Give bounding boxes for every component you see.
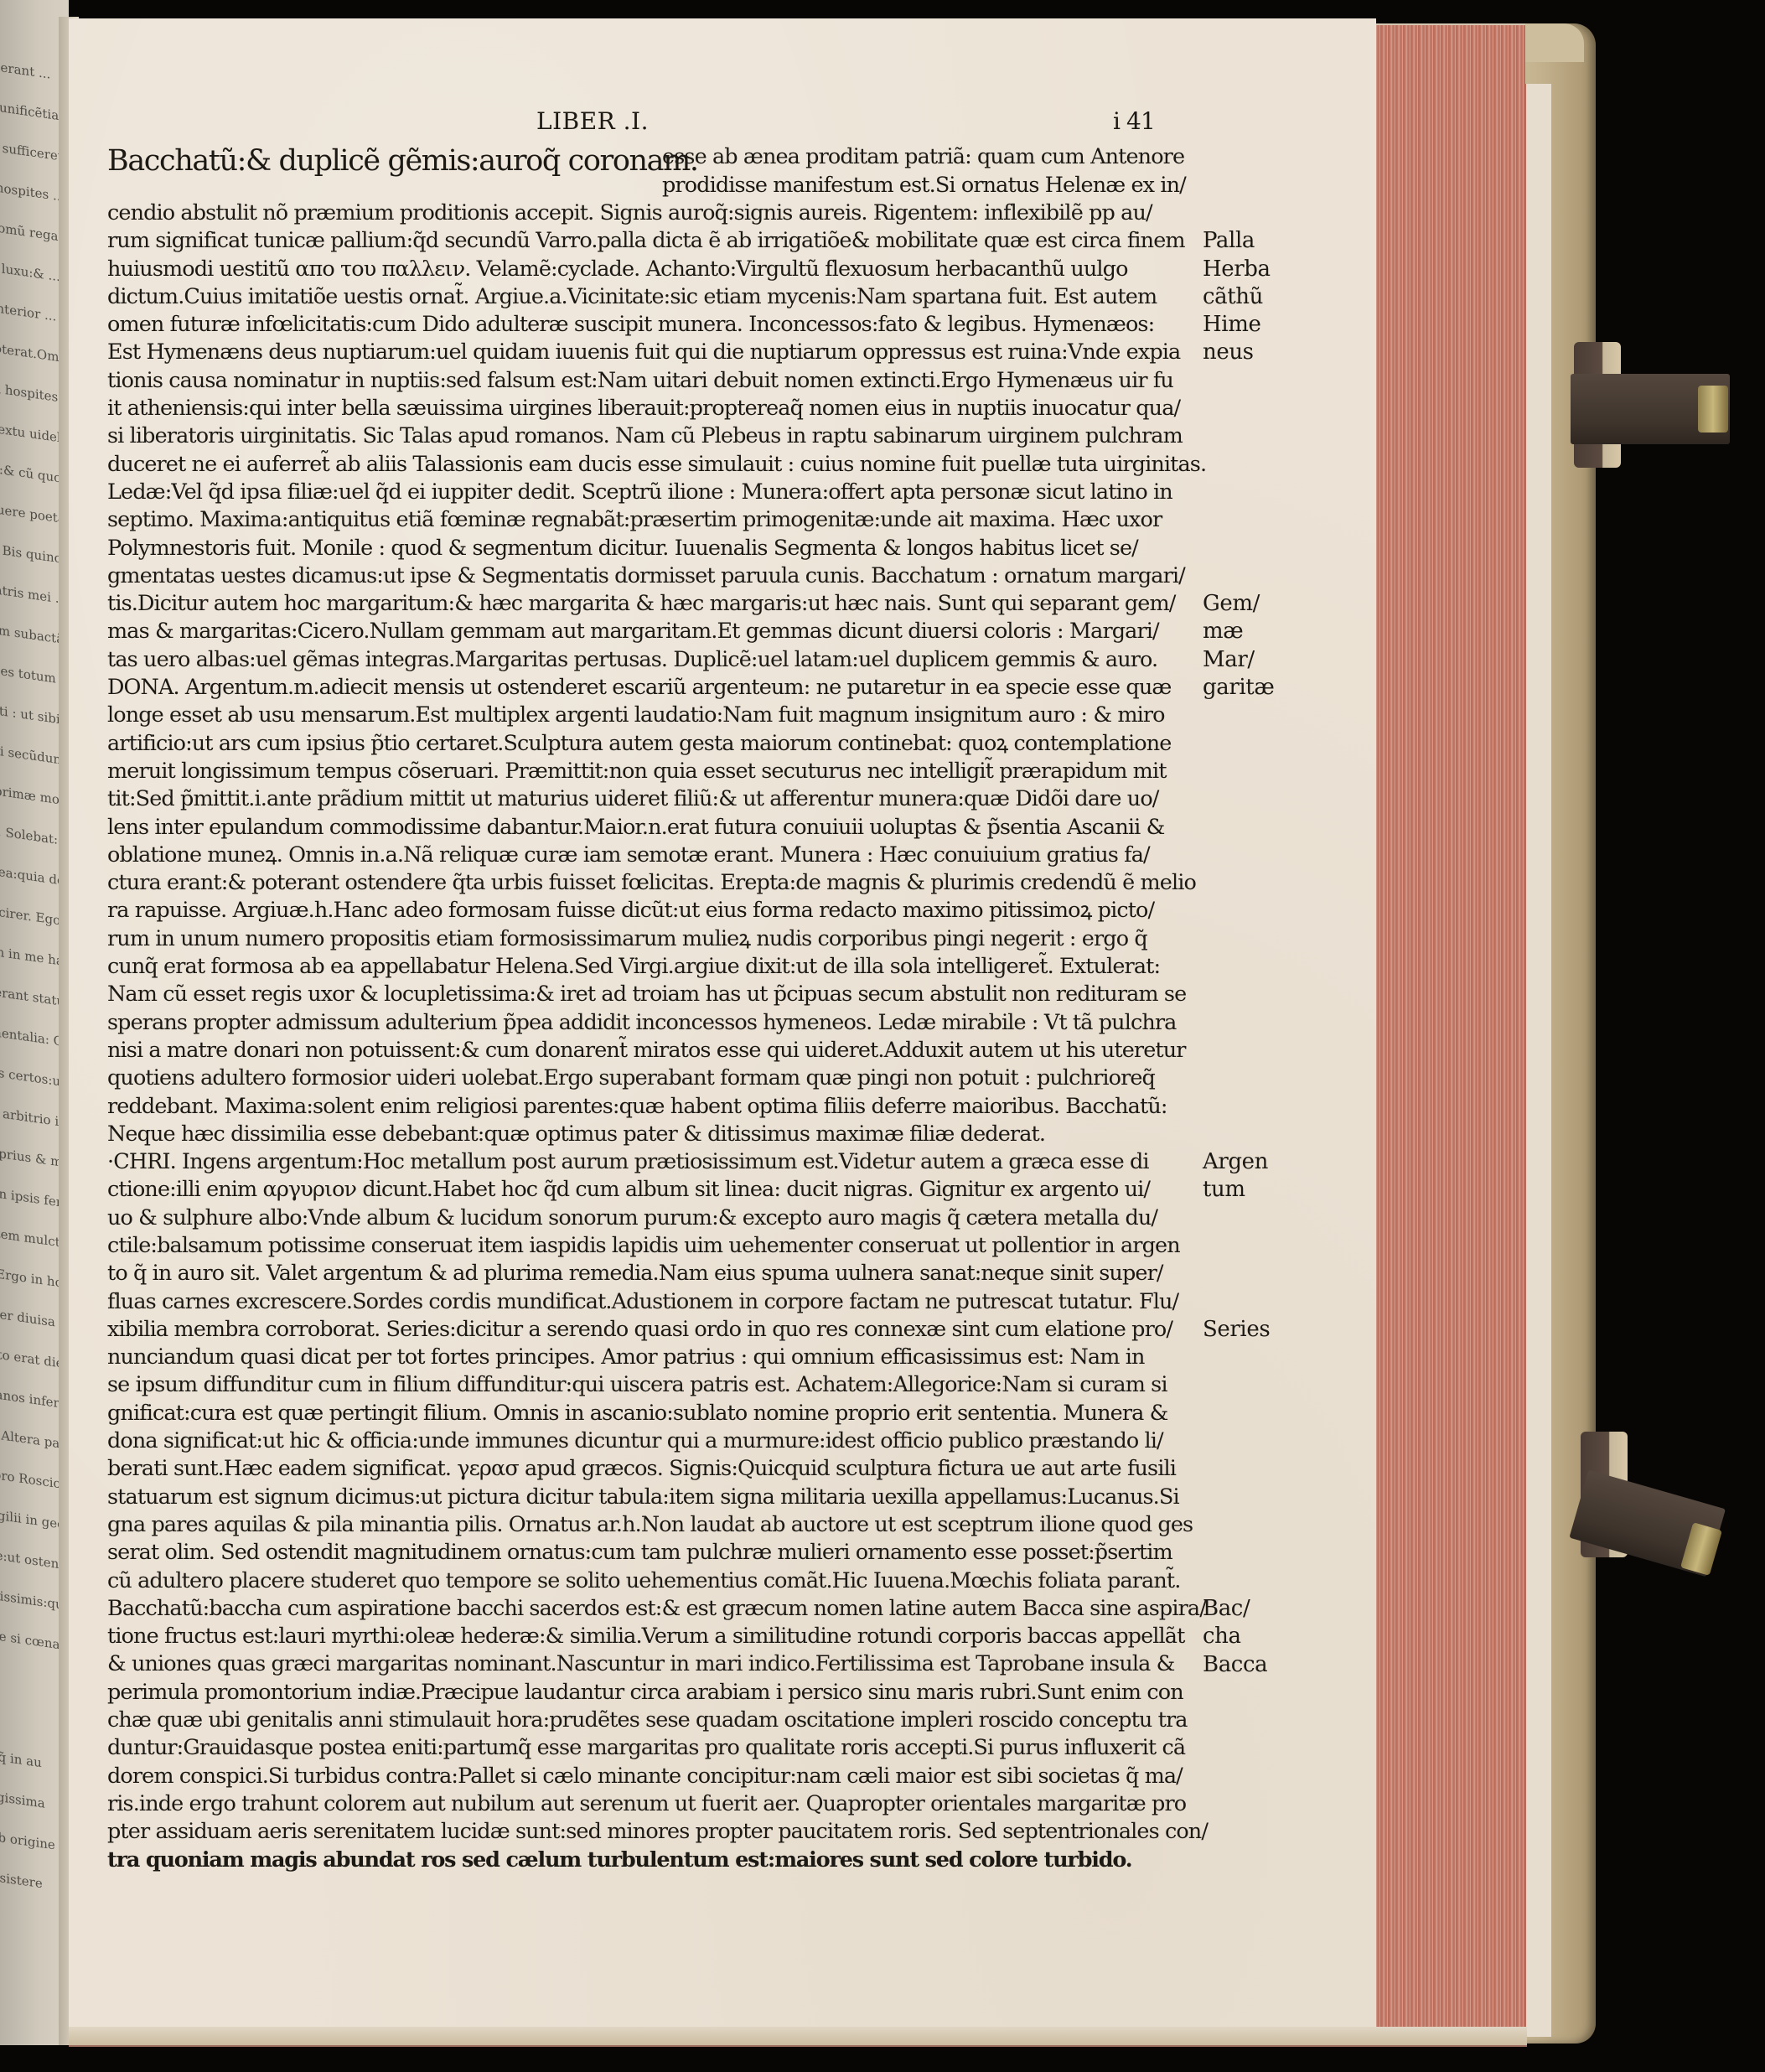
text-line: pter assiduam aeris serenitatem lucidæ s… bbox=[107, 1818, 1197, 1846]
text-line: gna pares aquilas & pila minantia pilis.… bbox=[107, 1511, 1197, 1539]
text-line: duntur:Grauidasque postea eniti:partumq̃… bbox=[107, 1734, 1197, 1762]
text-line: tas uero albas:uel gẽmas integras.Margar… bbox=[107, 646, 1197, 674]
text-line: nunciandum quasi dicat per tot fortes pr… bbox=[107, 1344, 1197, 1371]
text-line: tit:Sed p̃mittit.i.ante prãdium mittit u… bbox=[107, 785, 1197, 813]
text-line: ctura erant:& poterant ostendere q̃ta ur… bbox=[107, 869, 1197, 897]
margin-note-line: Bacca bbox=[1203, 1651, 1267, 1679]
text-line: tis.Dicitur autem hoc margaritum:& hæc m… bbox=[107, 590, 1197, 618]
text-line: mas & margaritas:Cicero.Nullam gemmam au… bbox=[107, 618, 1197, 645]
margin-note-line: Bac/ bbox=[1203, 1595, 1267, 1623]
margin-note-line: Herba bbox=[1203, 256, 1271, 283]
text-line: tione fructus est:lauri myrthi:oleæ hede… bbox=[107, 1623, 1197, 1650]
text-line: statuarum est signum dicimus:ut pictura … bbox=[107, 1484, 1197, 1511]
text-line: dona significat:ut hic & officia:unde im… bbox=[107, 1427, 1197, 1455]
text-line: to q̃ in auro sit. Valet argentum & ad p… bbox=[107, 1260, 1197, 1287]
text-line: omen futuræ infœlicitatis:cum Dido adult… bbox=[107, 311, 1197, 339]
text-line: DONA. Argentum.m.adiecit mensis ut osten… bbox=[107, 674, 1197, 702]
text-line: Est Hymenæns deus nuptiarum:uel quidam i… bbox=[107, 339, 1197, 366]
margin-note-line: cha bbox=[1203, 1623, 1267, 1650]
text-line: fluas carnes excrescere.Sordes cordis mu… bbox=[107, 1288, 1197, 1316]
commentary-opening: esse ab ænea proditam patriã: quam cum A… bbox=[662, 142, 1198, 199]
margin-note: Herbacãthũ bbox=[1203, 256, 1271, 312]
commentary-line: esse ab ænea proditam patriã: quam cum A… bbox=[662, 142, 1198, 171]
margin-note: Gem/mæMar/garitæ bbox=[1203, 590, 1274, 702]
margin-note-line: Series bbox=[1203, 1316, 1270, 1344]
text-line: lens inter epulandum commodissime dabant… bbox=[107, 814, 1197, 842]
text-line: ctione:illi enim αργυριον dicunt.Habet h… bbox=[107, 1176, 1197, 1204]
margin-note: Argentum bbox=[1203, 1148, 1268, 1204]
commentary-body: cendio abstulit nõ præmium proditionis a… bbox=[107, 199, 1197, 1874]
text-line: quotiens adultero formosior uideri uoleb… bbox=[107, 1064, 1197, 1092]
text-line: septimo. Maxima:antiquitus etiã fœminæ r… bbox=[107, 506, 1197, 534]
text-line: Polymnestoris fuit. Monile : quod & segm… bbox=[107, 535, 1197, 562]
margin-note-line: Argen bbox=[1203, 1148, 1268, 1176]
margin-note-line: mæ bbox=[1203, 618, 1274, 645]
text-line: tionis causa nominatur in nuptiis:sed fa… bbox=[107, 367, 1197, 395]
margin-note: Bac/chaBacca bbox=[1203, 1595, 1267, 1679]
text-line: gmentatas uestes dicamus:ut ipse & Segme… bbox=[107, 562, 1197, 590]
text-line: se ipsum diffunditur cum in filium diffu… bbox=[107, 1371, 1197, 1399]
commentary-line: prodidisse manifestum est.Si ornatus Hel… bbox=[662, 171, 1198, 199]
text-line: duceret ne ei auferret̃ ab aliis Talassi… bbox=[107, 451, 1197, 479]
text-line: cũ adultero placere studeret quo tempore… bbox=[107, 1567, 1197, 1595]
folio-number: i 41 bbox=[1113, 107, 1155, 135]
text-line: Bacchatũ:baccha cum aspiratione bacchi s… bbox=[107, 1595, 1197, 1623]
endleaf-edge bbox=[1525, 84, 1551, 2037]
text-line: tra quoniam magis abundat ros sed cælum … bbox=[107, 1847, 1197, 1874]
book-photograph: idẽsi erant ... fui munificẽtia ...quod … bbox=[0, 0, 1765, 2072]
text-line: ris.inde ergo trahunt colorem aut nubilu… bbox=[107, 1790, 1197, 1818]
margin-note: Series bbox=[1203, 1316, 1270, 1344]
text-line: artificio:ut ars cum ipsius p̃tio certar… bbox=[107, 730, 1197, 758]
margin-note: Himeneus bbox=[1203, 311, 1260, 367]
text-line: huiusmodi uestitũ απο του παλλειν. Velam… bbox=[107, 256, 1197, 283]
text-line: berati sunt.Hæc eadem significat. γερασ … bbox=[107, 1455, 1197, 1483]
text-line: nisi a matre donari non potuissent:& cum… bbox=[107, 1037, 1197, 1064]
margin-note-line: tum bbox=[1203, 1176, 1268, 1204]
margin-note-line: garitæ bbox=[1203, 674, 1274, 702]
text-line: rum significat tunicæ pallium:q̃d secund… bbox=[107, 227, 1197, 255]
text-line: Neque hæc dissimilia esse debebant:quæ o… bbox=[107, 1121, 1197, 1148]
margin-note-line: Gem/ bbox=[1203, 590, 1274, 618]
text-line: uo & sulphure albo:Vnde album & lucidum … bbox=[107, 1204, 1197, 1232]
text-line: dictum.Cuius imitatiõe uestis ornat̃. Ar… bbox=[107, 283, 1197, 311]
text-line: ctile:balsamum potissime conseruat item … bbox=[107, 1232, 1197, 1260]
margin-note-line: Hime bbox=[1203, 311, 1260, 339]
text-line: cunq̃ erat formosa ab ea appellabatur He… bbox=[107, 953, 1197, 981]
text-line: sperans propter admissum adulterium p̃pe… bbox=[107, 1009, 1197, 1037]
text-line: chæ quæ ubi genitalis anni stimulauit ho… bbox=[107, 1707, 1197, 1734]
printed-text-area: LIBER .I. i 41 Bacchatũ:& duplicẽ gẽmis:… bbox=[0, 0, 1374, 2045]
running-head: LIBER .I. bbox=[536, 107, 649, 135]
margin-note: Palla bbox=[1203, 227, 1255, 255]
text-line: serat olim. Sed ostendit magnitudinem or… bbox=[107, 1539, 1197, 1567]
text-line: reddebant. Maxima:solent enim religiosi … bbox=[107, 1093, 1197, 1121]
text-line: ra rapuisse. Argiuæ.h.Hanc adeo formosam… bbox=[107, 897, 1197, 925]
upper-clasp-brass-end bbox=[1698, 386, 1728, 433]
text-line: perimula promontorium indiæ.Præcipue lau… bbox=[107, 1679, 1197, 1707]
lemma-verse: Bacchatũ:& duplicẽ gẽmis:auroq̃ coronam. bbox=[107, 144, 698, 178]
text-line: oblatione muneꝝ. Omnis in.a.Nã reliquæ c… bbox=[107, 842, 1197, 869]
text-line: cendio abstulit nõ præmium proditionis a… bbox=[107, 199, 1197, 227]
margin-note-line: Palla bbox=[1203, 227, 1255, 255]
text-line: gnificat:cura est quæ pertingit filium. … bbox=[107, 1400, 1197, 1427]
text-line: xibilia membra corroborat. Series:dicitu… bbox=[107, 1316, 1197, 1344]
text-line: meruit longissimum tempus cõseruari. Præ… bbox=[107, 758, 1197, 785]
margin-note-line: cãthũ bbox=[1203, 283, 1271, 311]
text-line: rum in unum numero propositis etiam form… bbox=[107, 925, 1197, 953]
text-line: ·CHRI. Ingens argentum:Hoc metallum post… bbox=[107, 1148, 1197, 1176]
margin-note-line: Mar/ bbox=[1203, 646, 1274, 674]
margin-note-line: neus bbox=[1203, 339, 1260, 366]
red-stained-fore-edge bbox=[1373, 23, 1525, 2045]
text-line: dorem conspici.Si turbidus contra:Pallet… bbox=[107, 1763, 1197, 1790]
text-line: si liberatoris uirginitatis. Sic Talas a… bbox=[107, 422, 1197, 450]
text-line: Ledæ:Vel q̃d ipsa filiæ:uel q̃d ei iuppi… bbox=[107, 479, 1197, 506]
text-line: it atheniensis:qui inter bella sæuissima… bbox=[107, 395, 1197, 422]
text-line: & uniones quas græci margaritas nominant… bbox=[107, 1650, 1197, 1678]
text-line: Nam cũ esset regis uxor & locupletissima… bbox=[107, 981, 1197, 1008]
text-line: longe esset ab usu mensarum.Est multiple… bbox=[107, 702, 1197, 729]
